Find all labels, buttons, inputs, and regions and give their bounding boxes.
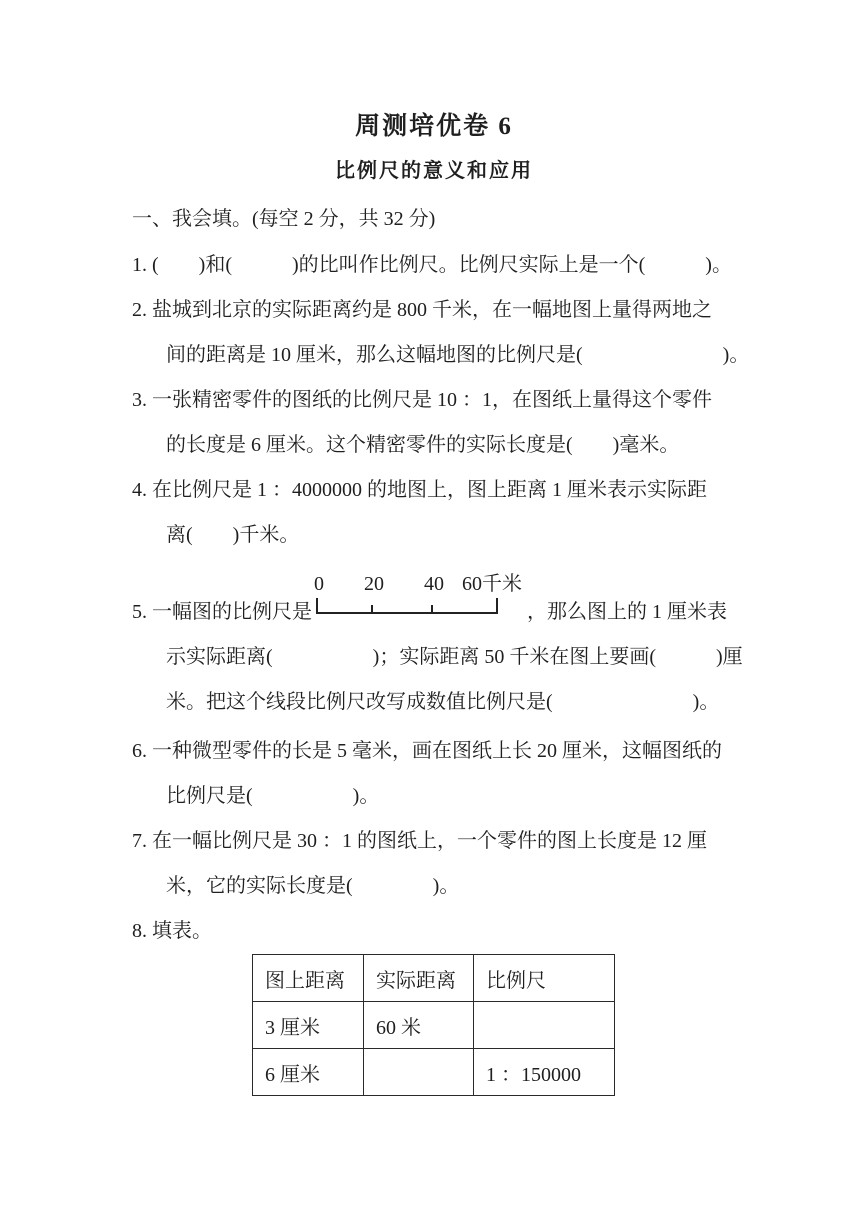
section-heading: 一、我会填。(每空 2 分，共 32 分) — [132, 203, 798, 235]
scale-tick-label-60km: 60千米 — [462, 572, 522, 595]
table-cell: 6 厘米 — [253, 1049, 364, 1096]
table-header-actual-distance: 实际距离 — [364, 955, 474, 1002]
question-4: 4. 在比例尺是 1 ：4000000 的地图上，图上距离 1 厘米表示实际距 … — [132, 468, 798, 558]
question-8-label: 8. 填表。 — [132, 909, 798, 954]
question-1: 1. ( )和( )的比叫作比例尺。比例尺实际上是一个( )。 — [132, 243, 798, 288]
worksheet-page: 周测培优卷 6 比例尺的意义和应用 一、我会填。(每空 2 分，共 32 分) … — [0, 0, 868, 1096]
table-header-scale: 比例尺 — [474, 955, 615, 1002]
table-row: 6 厘米 1 ：150000 — [253, 1049, 615, 1096]
table-header-row: 图上距离 实际距离 比例尺 — [253, 955, 615, 1002]
page-title: 周测培优卷 6 — [0, 0, 868, 142]
question-2: 2. 盐城到北京的实际距离约是 800 千米，在一幅地图上量得两地之 间的距离是… — [132, 288, 798, 378]
question-3: 3. 一张精密零件的图纸的比例尺是 10 ：1，在图纸上量得这个零件 的长度是 … — [132, 378, 798, 468]
table-cell: 3 厘米 — [253, 1002, 364, 1049]
table-cell — [364, 1049, 474, 1096]
scale-tick-label-40: 40 — [424, 573, 444, 595]
question-5-prefix: 5. 一幅图的比例尺是 — [132, 601, 312, 623]
scale-tick-label-20: 20 — [364, 573, 384, 595]
line-scale-bar: 0204060千米 — [312, 570, 527, 618]
question-5-suffix: ，那么图上的 1 厘米表 — [527, 601, 727, 623]
question-5-continuation: 示实际距离( )；实际距离 50 千米在图上要画( )厘 米。把这个线段比例尺改… — [166, 646, 743, 713]
table-cell: 60 米 — [364, 1002, 474, 1049]
table-cell: 1 ：150000 — [474, 1049, 615, 1096]
question-6: 6. 一种微型零件的长是 5 毫米，画在图纸上长 20 厘米，这幅图纸的 比例尺… — [132, 729, 798, 819]
table-header-map-distance: 图上距离 — [253, 955, 364, 1002]
question-5: 5. 一幅图的比例尺是0204060千米，那么图上的 1 厘米表 示实际距离( … — [132, 570, 798, 725]
fill-in-table: 图上距离 实际距离 比例尺 3 厘米 60 米 6 厘米 1 ：150000 — [252, 954, 615, 1096]
table-cell — [474, 1002, 615, 1049]
question-list: 一、我会填。(每空 2 分，共 32 分) 1. ( )和( )的比叫作比例尺。… — [0, 203, 868, 1096]
scale-tick-label-0: 0 — [314, 573, 324, 595]
question-7: 7. 在一幅比例尺是 30 ：1 的图纸上，一个零件的图上长度是 12 厘 米，… — [132, 819, 798, 909]
table-row: 3 厘米 60 米 — [253, 1002, 615, 1049]
page-subtitle: 比例尺的意义和应用 — [0, 157, 868, 185]
